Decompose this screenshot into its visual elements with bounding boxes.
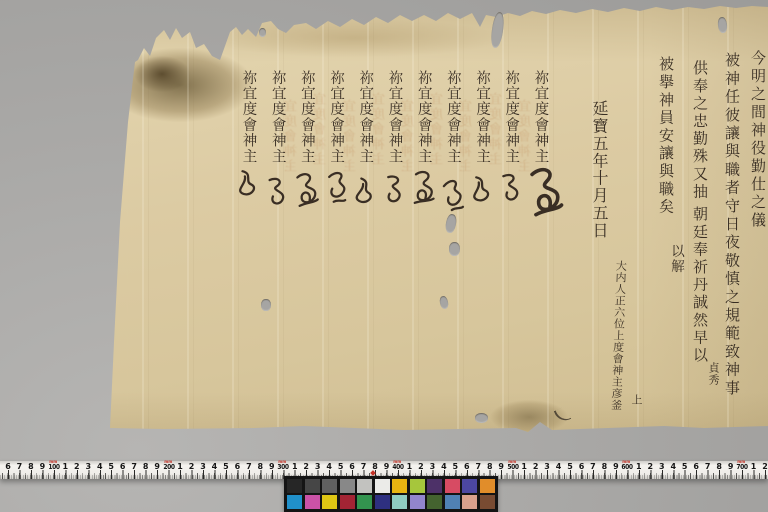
tape-number: 1 (636, 463, 642, 471)
tape-number: 5 (682, 463, 688, 471)
tape-number: 5 (453, 463, 459, 471)
color-calibration-chart (284, 476, 498, 512)
tape-number: 8 (487, 463, 493, 471)
negi-column: 祢宜度會神主 (325, 70, 349, 207)
opening-column-clipped: 今明之間神役勤仕之儀 (748, 50, 768, 230)
tape-number: 8 (143, 463, 149, 471)
negi-title-text: 祢宜度會神主 (239, 70, 260, 164)
kao-monogram (382, 171, 408, 212)
tape-number: 2 (533, 463, 539, 471)
tape-number: 9 (728, 463, 734, 471)
kao-monogram (322, 166, 351, 209)
color-patch (462, 495, 477, 509)
tape-number: 3 (430, 463, 436, 471)
color-patch (305, 479, 320, 493)
tape-number: 700mm (737, 464, 748, 471)
negi-title-text: 祢宜度會神主 (297, 70, 318, 164)
tape-number: 1 (521, 463, 527, 471)
tape-number: 7 (246, 463, 252, 471)
kao-monogram (236, 166, 261, 207)
color-patch (392, 479, 407, 493)
tape-number: 9 (613, 463, 619, 471)
signature-suffix: 上 (628, 394, 644, 405)
paper-hole (261, 299, 271, 311)
color-patch (462, 479, 477, 493)
tape-number: 3 (315, 463, 321, 471)
tape-number: 8 (28, 463, 34, 471)
paper-hole (475, 413, 488, 423)
tape-number: 9 (40, 463, 46, 471)
negi-title-text: 祢宜度會神主 (501, 70, 522, 164)
tape-number: 2 (303, 463, 309, 471)
color-patch (480, 479, 495, 493)
tape-number: 5 (338, 463, 344, 471)
tape-number: 9 (384, 463, 390, 471)
color-patch (340, 479, 355, 493)
negi-title-text: 祢宜度會神主 (414, 70, 435, 164)
negi-title-text: 祢宜度會神主 (355, 70, 376, 164)
negi-column: 祢宜度會神主 (354, 70, 378, 214)
kao-monogram (526, 164, 566, 220)
negi-title-text: 祢宜度會神主 (531, 70, 552, 164)
negi-column: 祢宜度會神主 (529, 70, 553, 218)
negi-column: 祢宜度會神主 (471, 70, 495, 212)
tape-number: 4 (441, 463, 447, 471)
scribe-name: 貞秀 (705, 362, 721, 386)
tape-number: 6 (579, 463, 585, 471)
color-patch (392, 495, 407, 509)
tape-number: 7 (705, 463, 711, 471)
kao-monogram (265, 172, 292, 214)
tape-number: 9 (154, 463, 160, 471)
negi-title-text: 祢宜度會神主 (385, 70, 406, 164)
color-patch (287, 495, 302, 509)
negi-title-text: 祢宜度會神主 (326, 70, 347, 164)
tape-number: 8 (716, 463, 722, 471)
tape-number: 1 (292, 463, 298, 471)
negi-column: 祢宜度會神主 (441, 70, 465, 215)
tape-number: 7 (475, 463, 481, 471)
tape-number: 6 (349, 463, 355, 471)
negi-title-text: 祢宜度會神主 (472, 70, 493, 164)
kao-monogram (470, 172, 496, 213)
tape-number: 400mm (392, 464, 403, 471)
tape-number: 3 (659, 463, 665, 471)
tape-number: 9 (269, 463, 275, 471)
color-patch (445, 495, 460, 509)
kao-monogram (412, 168, 437, 208)
color-patch (340, 495, 355, 509)
tape-number: 5 (567, 463, 573, 471)
tape-number: 600mm (622, 464, 633, 471)
color-patch (375, 495, 390, 509)
tape-number: 2 (418, 463, 424, 471)
color-patch (322, 495, 337, 509)
negi-column: 祢宜度會神主 (412, 70, 436, 208)
tape-number: 6 (120, 463, 126, 471)
negi-column: 祢宜度會神主 (266, 70, 290, 213)
tape-number: 200mm (163, 464, 174, 471)
tape-number: 3 (200, 463, 206, 471)
tape-number: 8 (602, 463, 608, 471)
color-patch (427, 495, 442, 509)
tape-number: 300mm (278, 464, 289, 471)
negi-column: 祢宜度會神主 (383, 70, 407, 211)
tape-number: 7 (17, 463, 23, 471)
main-text-column-2b-raised-chotei: 朝廷奉祈丹誠然早以 (690, 206, 711, 364)
negi-title-text: 祢宜度會神主 (268, 70, 289, 164)
color-patch (305, 495, 320, 509)
tape-number: 100mm (48, 464, 59, 471)
tape-number: 1 (63, 463, 69, 471)
color-patch (410, 495, 425, 509)
negi-column: 祢宜度會神主 (237, 70, 261, 206)
tape-number: 9 (498, 463, 504, 471)
color-patch (357, 495, 372, 509)
tape-number: 1 (177, 463, 183, 471)
main-text-column-3: 被擧神員安讓與職矣 (656, 56, 677, 216)
tape-number: 4 (97, 463, 103, 471)
tape-number: 500mm (507, 464, 518, 471)
tape-number: 4 (326, 463, 332, 471)
main-text-column-1: 被神任彼讓與職者守日夜敬慎之規範致神事 (722, 52, 743, 398)
color-patch (287, 479, 302, 493)
photo-backdrop: 宜度會神主宜度會神主宜度會神主宜度會神主宜度會神主宜度會神主宜度會神主宜度會神主… (0, 0, 768, 512)
tape-number: 7 (590, 463, 596, 471)
tape-number: 3 (544, 463, 550, 471)
paper-hole (259, 28, 266, 37)
color-patch (375, 479, 390, 493)
tape-number: 1 (407, 463, 413, 471)
date-column: 延寶五年十月五日 (588, 100, 611, 239)
main-text-column-2a: 供奉之忠勤殊又抽 (690, 60, 711, 201)
tape-number: 7 (361, 463, 367, 471)
kao-monogram (498, 168, 525, 210)
tape-number: 3 (85, 463, 91, 471)
tape-number: 2 (189, 463, 195, 471)
color-patch (480, 495, 495, 509)
tape-number: 6 (235, 463, 241, 471)
tape-number: 4 (212, 463, 218, 471)
tape-number: 5 (223, 463, 229, 471)
tape-number: 6 (5, 463, 11, 471)
negi-title-text: 祢宜度會神主 (443, 70, 464, 164)
color-patch (445, 479, 460, 493)
color-patch (322, 479, 337, 493)
color-patch (410, 479, 425, 493)
tape-number: 6 (464, 463, 470, 471)
tape-number: 1 (751, 463, 757, 471)
color-patch (357, 479, 372, 493)
kao-monogram (441, 175, 466, 215)
paper-hole (449, 242, 460, 256)
tape-number: 6 (693, 463, 699, 471)
tape-number: 2 (74, 463, 80, 471)
kao-monogram (293, 169, 321, 211)
kao-monogram (352, 173, 379, 215)
color-patch (427, 479, 442, 493)
tape-number: 2 (762, 463, 768, 471)
tape-number: 7 (131, 463, 137, 471)
tape-number: 4 (670, 463, 676, 471)
tape-number: 5 (108, 463, 114, 471)
tape-number: 2 (648, 463, 654, 471)
tape-number: 4 (556, 463, 562, 471)
tape-number: 8 (258, 463, 264, 471)
negi-column: 祢宜度會神主 (295, 70, 319, 210)
negi-column: 祢宜度會神主 (500, 70, 524, 209)
closing-formula: 以解 (666, 244, 686, 274)
